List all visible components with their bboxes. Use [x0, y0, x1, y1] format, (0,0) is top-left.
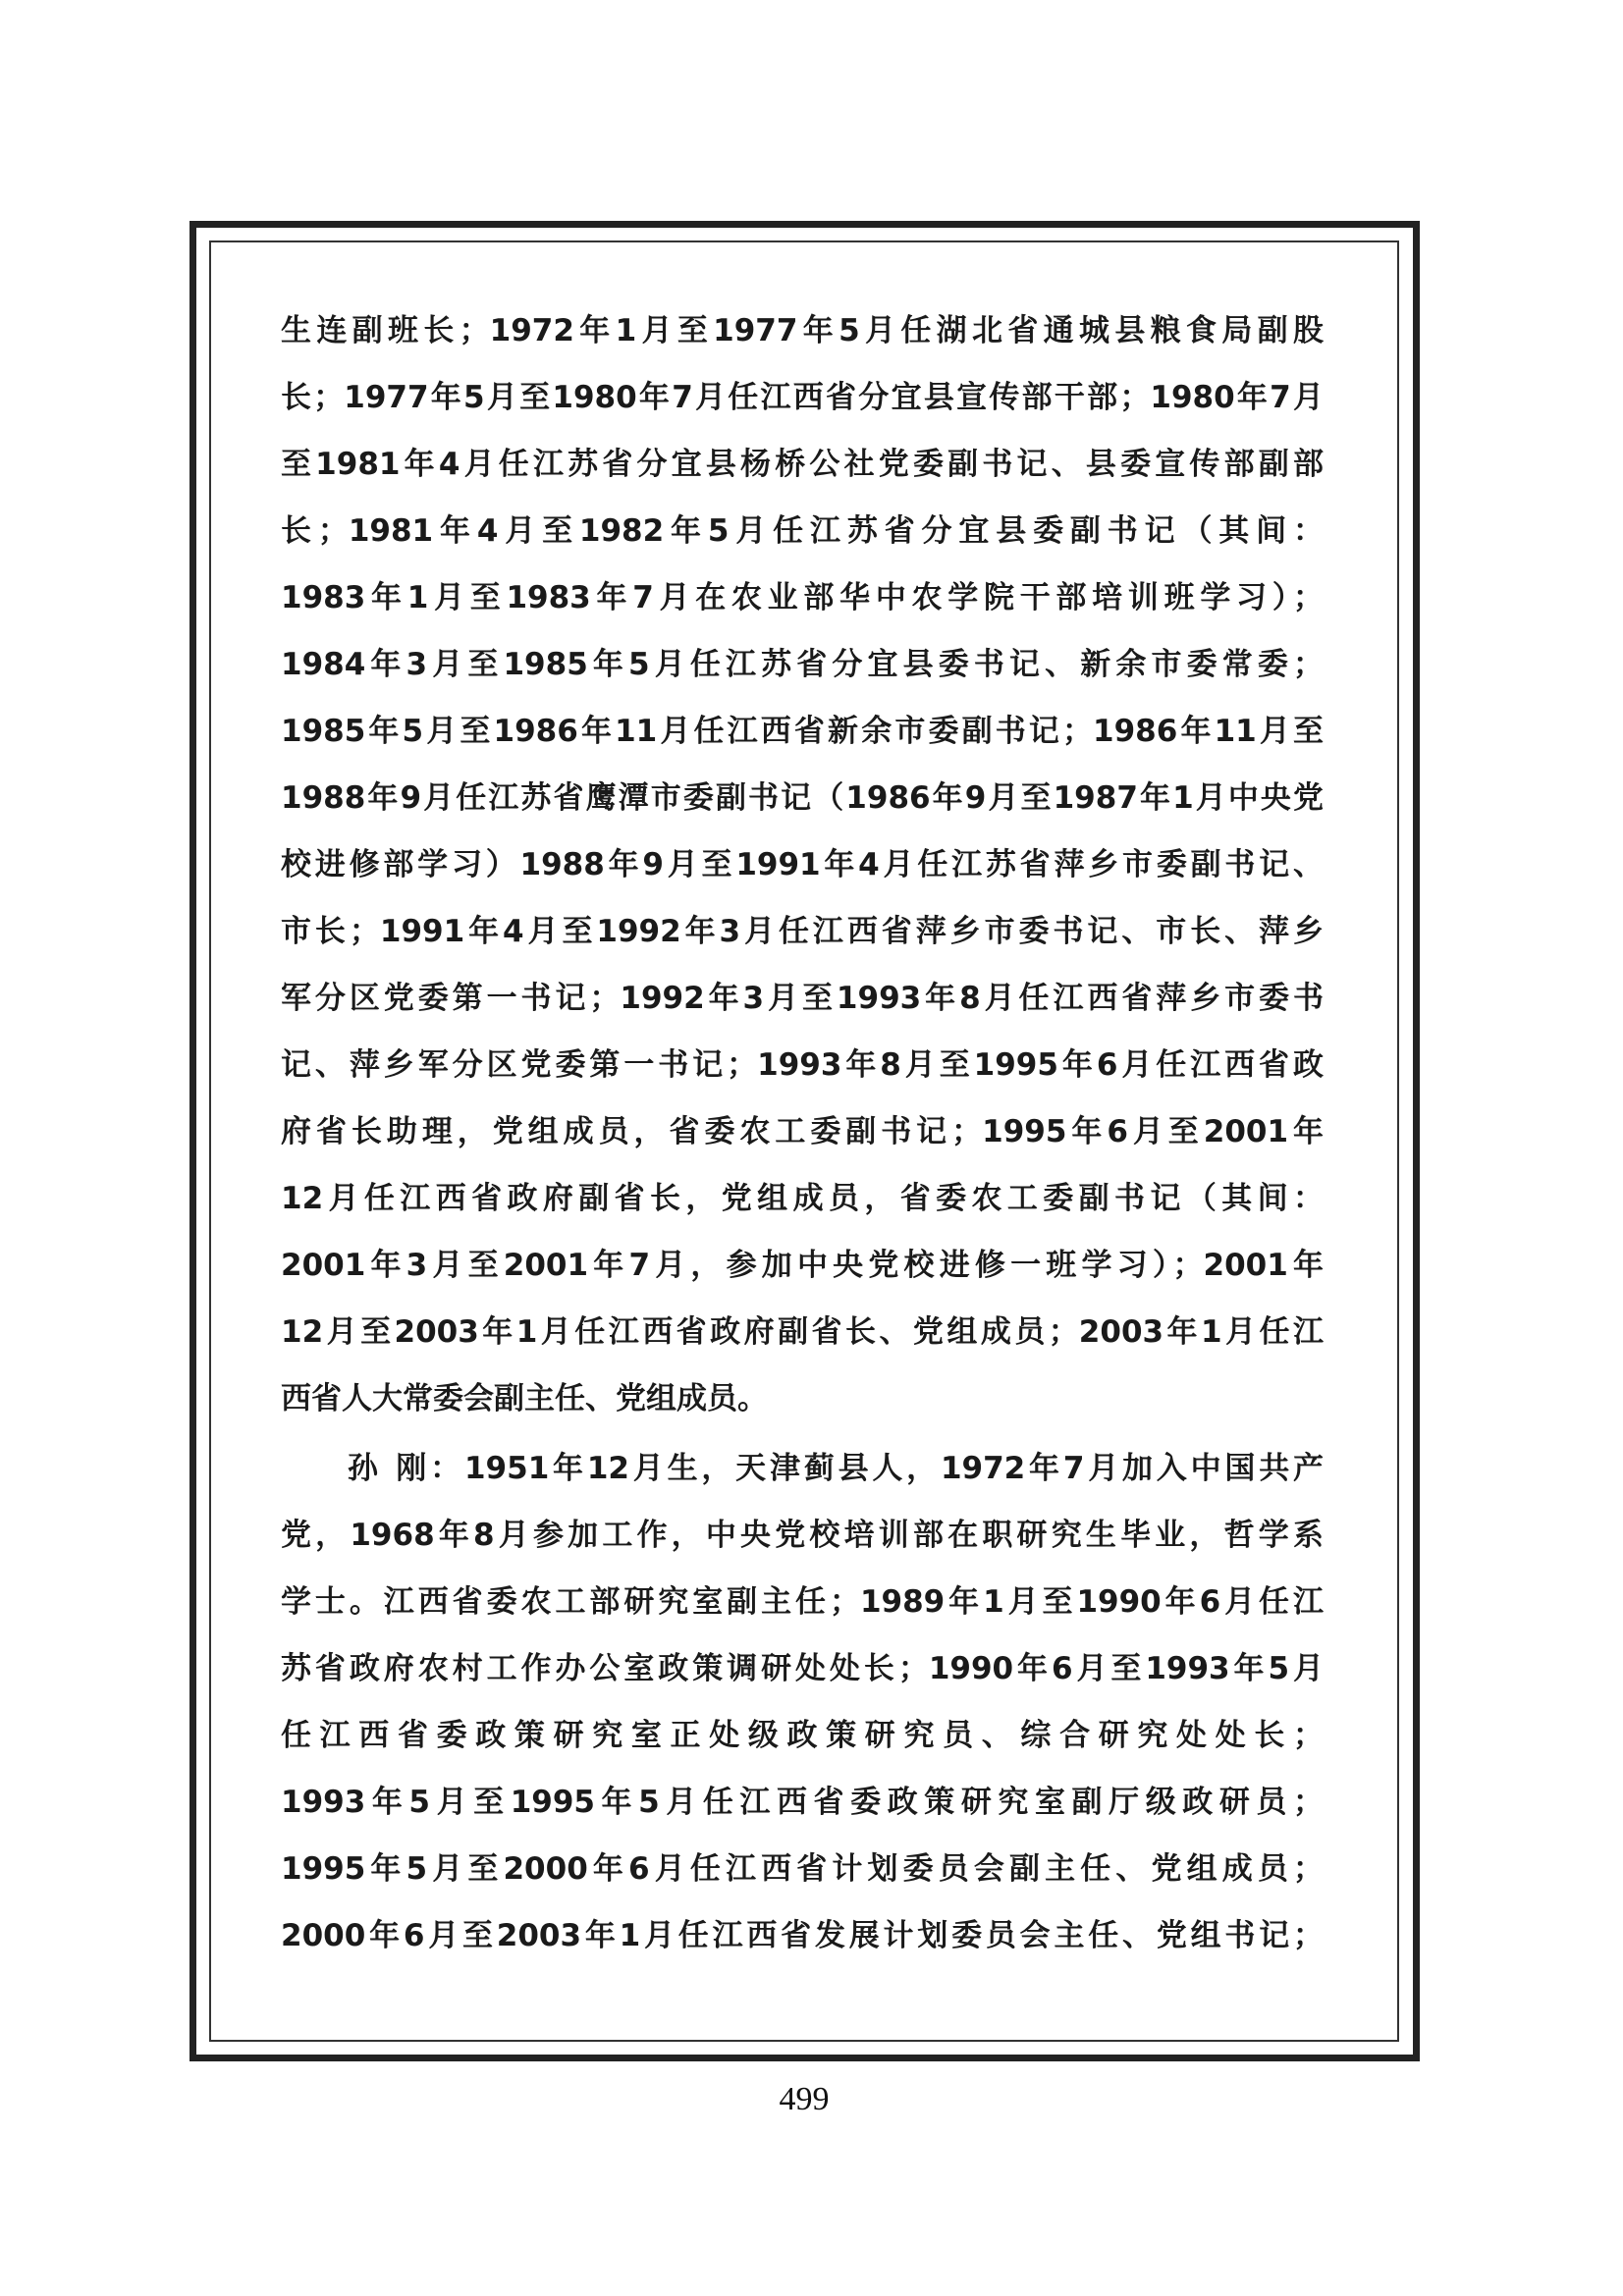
text-line: 1983年1月至1983年7月在农业部华中农学院干部培训班学习）； — [281, 564, 1324, 631]
text-line: 生连副班长；1972年1月至1977年5月任湖北省通城县粮食局副股 — [281, 297, 1324, 364]
text-line: 市长；1991年4月至1992年3月任江西省萍乡市委书记、市长、萍乡 — [281, 898, 1324, 965]
text-line: 至1981年4月任江苏省分宜县杨桥公社党委副书记、县委宣传部副部 — [281, 431, 1324, 498]
text-line: 任江西省委政策研究室正处级政策研究员、综合研究处处长； — [281, 1702, 1324, 1769]
text-line: 2001年3月至2001年7月，参加中央党校进修一班学习）；2001年 — [281, 1232, 1324, 1299]
text-line: 校进修部学习）1988年9月至1991年4月任江苏省萍乡市委副书记、 — [281, 831, 1324, 898]
text-line: 苏省政府农村工作办公室政策调研处处长；1990年6月至1993年5月 — [281, 1635, 1324, 1702]
text-line: 1984年3月至1985年5月任江苏省分宜县委书记、新余市委常委； — [281, 631, 1324, 698]
text-line: 军分区党委第一书记；1992年3月至1993年8月任江西省萍乡市委书 — [281, 965, 1324, 1032]
text-line: 1985年5月至1986年11月任江西省新余市委副书记；1986年11月至 — [281, 698, 1324, 765]
text-line: 12月任江西省政府副省长，党组成员，省委农工委副书记（其间： — [281, 1165, 1324, 1232]
text-line: 1995年5月至2000年6月任江西省计划委员会副主任、党组成员； — [281, 1836, 1324, 1902]
paragraph-2: 孙 刚：1951年12月生，天津蓟县人，1972年7月加入中国共产 党，1968… — [281, 1435, 1324, 1969]
text-line: 长；1977年5月至1980年7月任江西省分宜县宣传部干部；1980年7月 — [281, 364, 1324, 431]
text-line: 府省长助理，党组成员，省委农工委副书记；1995年6月至2001年 — [281, 1098, 1324, 1165]
text-line: 长；1981年4月至1982年5月任江苏省分宜县委副书记（其间： — [281, 498, 1324, 564]
body-text: 生连副班长；1972年1月至1977年5月任湖北省通城县粮食局副股 长；1977… — [281, 297, 1324, 1969]
text-line: 1993年5月至1995年5月任江西省委政策研究室副厅级政研员； — [281, 1769, 1324, 1836]
text-line: 记、萍乡军分区党委第一书记；1993年8月至1995年6月任江西省政 — [281, 1032, 1324, 1098]
paragraph-1: 生连副班长；1972年1月至1977年5月任湖北省通城县粮食局副股 长；1977… — [281, 297, 1324, 1432]
text-line: 学士。江西省委农工部研究室副主任；1989年1月至1990年6月任江 — [281, 1569, 1324, 1635]
text-line: 2000年6月至2003年1月任江西省发展计划委员会主任、党组书记； — [281, 1902, 1324, 1969]
text-line: 党，1968年8月参加工作，中央党校培训部在职研究生毕业，哲学系 — [281, 1502, 1324, 1569]
text-line: 12月至2003年1月任江西省政府副省长、党组成员；2003年1月任江 — [281, 1299, 1324, 1365]
page-number: 499 — [0, 2081, 1608, 2118]
text-line: 1988年9月任江苏省鹰潭市委副书记（1986年9月至1987年1月中央党 — [281, 765, 1324, 831]
text-line: 西省人大常委会副主任、党组成员。 — [281, 1365, 1324, 1432]
text-line: 孙 刚：1951年12月生，天津蓟县人，1972年7月加入中国共产 — [281, 1435, 1324, 1502]
